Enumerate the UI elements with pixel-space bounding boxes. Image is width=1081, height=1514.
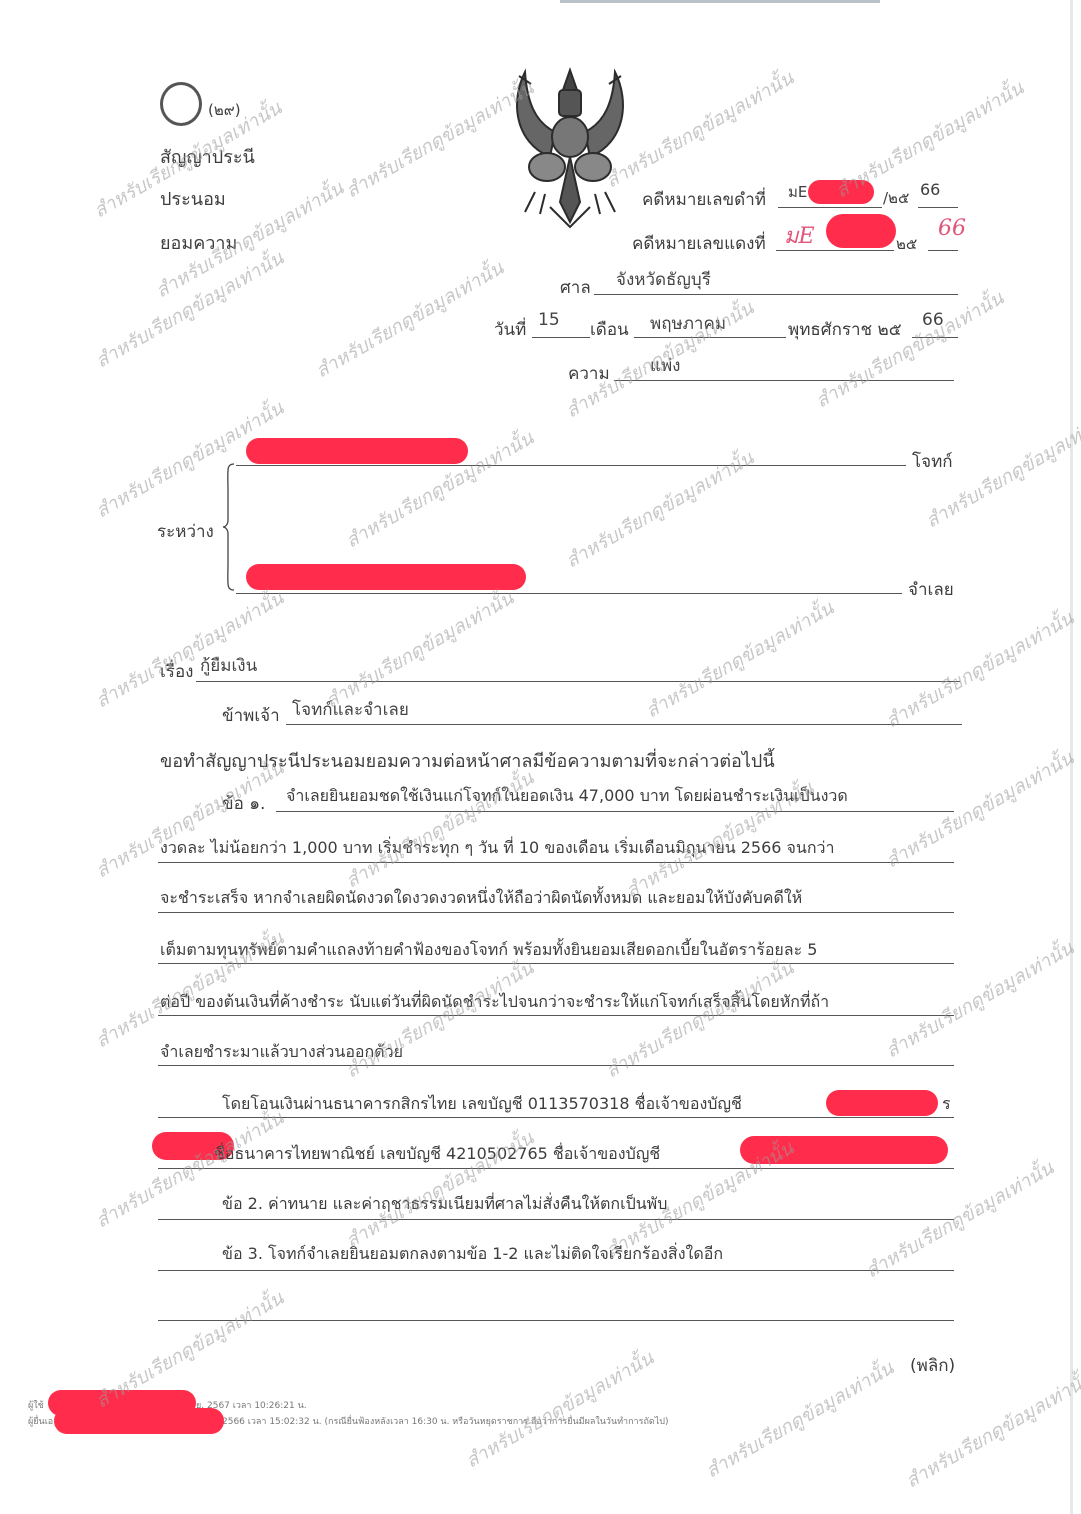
year-value: 66 xyxy=(922,310,944,330)
redaction-plaintiff-name xyxy=(246,438,468,464)
clause-1-underline-3 xyxy=(158,912,954,913)
page-edge xyxy=(1070,0,1073,1514)
watermark: สำหรับเรียกดูข้อมูลเท่านั้น xyxy=(340,954,539,1086)
black-case-underline xyxy=(778,207,882,208)
red-case-year-underline xyxy=(928,250,958,251)
brace-icon xyxy=(222,462,236,592)
defendant-underline xyxy=(236,593,902,594)
clause-1-line-5: ต่อปี ของต้นเงินที่ค้างชำระ นับแต่วันที่… xyxy=(160,990,829,1015)
case-type-label: ความ xyxy=(568,360,610,387)
transfer-line-2: ชื่อธนาคารไทยพาณิชย์ เลขบัญชี 4210502765… xyxy=(214,1142,660,1167)
form-number: (๒๙) xyxy=(208,98,241,122)
black-case-year-underline xyxy=(918,207,958,208)
watermark: สำหรับเรียกดูข้อมูลเท่านั้น xyxy=(900,1364,1081,1496)
day-value: 15 xyxy=(538,310,560,330)
red-case-year-prefix: ๒๕ xyxy=(896,232,917,256)
defendant-label: จำเลย xyxy=(908,576,954,603)
watermark: สำหรับเรียกดูข้อมูลเท่านั้น xyxy=(880,934,1079,1066)
black-case-label: คดีหมายเลขดำที่ xyxy=(642,186,766,213)
subject-underline xyxy=(196,681,960,682)
court-underline xyxy=(594,294,958,295)
watermark: สำหรับเรียกดูข้อมูลเท่านั้น xyxy=(90,584,289,716)
redaction-scb-account-owner xyxy=(740,1136,948,1164)
footer-line-2-prefix: ผู้ยื่นเอ xyxy=(28,1414,53,1428)
form-title-line-1: สัญญาประนี xyxy=(160,142,255,171)
court-label: ศาล xyxy=(560,274,591,301)
clause-1-line-6: จำเลยชำระมาแล้วบางส่วนออกด้วย xyxy=(160,1040,403,1065)
top-scan-strip xyxy=(560,0,880,3)
clause-3: ข้อ 3. โจทก์จำเลยยินยอมตกลงตามข้อ 1-2 แล… xyxy=(222,1242,723,1267)
black-case-year: 66 xyxy=(920,180,940,199)
watermark: สำหรับเรียกดูข้อมูลเท่านั้น xyxy=(700,1354,899,1486)
watermark: สำหรับเรียกดูข้อมูลเท่านั้น xyxy=(560,444,759,576)
red-case-underline xyxy=(776,250,894,251)
clause-1-underline-5 xyxy=(158,1015,954,1016)
watermark: สำหรับเรียกดูข้อมูลเท่านั้น xyxy=(640,594,839,726)
page-turn-label: (พลิก) xyxy=(910,1352,955,1379)
watermark: สำหรับเรียกดูข้อมูลเท่านั้น xyxy=(880,604,1079,736)
redaction-kasikorn-account-owner xyxy=(826,1090,938,1116)
month-value: พฤษภาคม xyxy=(650,310,726,337)
watermark: สำหรับเรียกดูข้อมูลเท่านั้น xyxy=(460,1344,659,1476)
declarant-value: โจทก์และจำเลย xyxy=(292,696,409,723)
clause-2-underline xyxy=(158,1219,954,1220)
clause-1-underline-6 xyxy=(158,1065,954,1066)
year-underline xyxy=(912,337,958,338)
declarant-underline xyxy=(286,724,962,725)
garuda-emblem-icon xyxy=(505,62,635,232)
clause-1-label: ข้อ ๑. xyxy=(222,790,265,817)
redaction-defendant-name xyxy=(246,564,526,590)
clause-1-line-1: จำเลยยินยอมชดใช้เงินแก่โจทก์ในยอดเงิน 47… xyxy=(286,784,848,809)
transfer-line-1: โดยโอนเงินผ่านธนาคารกสิกรไทย เลขบัญชี 01… xyxy=(222,1092,742,1117)
court-value: จังหวัดธัญบุรี xyxy=(616,266,711,293)
footer-line-2-suffix: 2566 เวลา 15:02:32 น. (กรณียื่นฟ้องหลังเ… xyxy=(222,1414,668,1428)
between-label: ระหว่าง xyxy=(157,518,214,545)
redaction-red-case-number xyxy=(826,214,896,248)
black-case-year-prefix: /๒๕ xyxy=(883,186,909,210)
clause-3-underline xyxy=(158,1270,954,1271)
footer-line-1-prefix: ผู้ใช้ xyxy=(28,1398,44,1412)
blank-underline xyxy=(158,1320,954,1321)
case-type-value: แพ่ง xyxy=(650,352,680,379)
watermark: สำหรับเรียกดูข้อมูลเท่านั้น xyxy=(310,254,509,386)
subject-label: เรื่อง xyxy=(160,658,193,685)
watermark: สำหรับเรียกดูข้อมูลเท่านั้น xyxy=(880,744,1079,876)
redaction-footer-filer xyxy=(54,1408,224,1434)
day-underline xyxy=(532,337,590,338)
agreement-intro: ขอทำสัญญาประนีประนอมยอมความต่อหน้าศาลมีข… xyxy=(160,746,775,775)
red-case-year: 66 xyxy=(938,216,966,241)
clause-1-underline-4 xyxy=(158,963,954,964)
clause-1-underline-1 xyxy=(276,811,954,812)
red-case-label: คดีหมายเลขแดงที่ xyxy=(632,230,766,257)
day-label: วันที่ xyxy=(494,316,526,343)
watermark: สำหรับเรียกดูข้อมูลเท่านั้น xyxy=(90,244,289,376)
transfer-underline-2 xyxy=(158,1168,954,1169)
declarant-label: ข้าพเจ้า xyxy=(222,702,280,729)
redaction-black-case-number xyxy=(808,180,874,204)
form-title-line-3: ยอมความ xyxy=(160,228,237,257)
plaintiff-label: โจทก์ xyxy=(912,448,953,475)
month-underline xyxy=(634,337,786,338)
watermark: สำหรับเรียกดูข้อมูลเท่านั้น xyxy=(600,954,799,1086)
clause-1-underline-2 xyxy=(158,862,954,863)
watermark: สำหรับเรียกดูข้อมูลเท่านั้น xyxy=(810,284,1009,416)
case-type-underline xyxy=(614,380,954,381)
clause-1-line-3: จะชำระเสร็จ หากจำเลยผิดนัดงวดใดงวดงวดหนึ… xyxy=(160,886,802,911)
black-case-prefix: มE xyxy=(788,180,807,204)
clause-1-line-2: งวดละ ไม่น้อยกว่า 1,000 บาท เริ่มชำระทุก… xyxy=(160,836,835,861)
plaintiff-underline xyxy=(236,465,906,466)
form-circle-mark xyxy=(160,82,202,126)
clause-1-line-4: เต็มตามทุนทรัพย์ตามคำแถลงท้ายคำฟ้องของโจ… xyxy=(160,938,817,963)
red-case-prefix: มE xyxy=(784,218,815,253)
year-label: พุทธศักราช ๒๕ xyxy=(788,316,902,343)
subject-value: กู้ยืมเงิน xyxy=(200,652,257,679)
transfer-underline-1 xyxy=(158,1117,954,1118)
month-label: เดือน xyxy=(590,316,629,343)
transfer-line-1-end: ร xyxy=(942,1092,951,1117)
clause-2: ข้อ 2. ค่าทนาย และค่าฤชาธรรมเนียมที่ศาลไ… xyxy=(222,1192,667,1217)
form-title-line-2: ประนอม xyxy=(160,184,226,213)
